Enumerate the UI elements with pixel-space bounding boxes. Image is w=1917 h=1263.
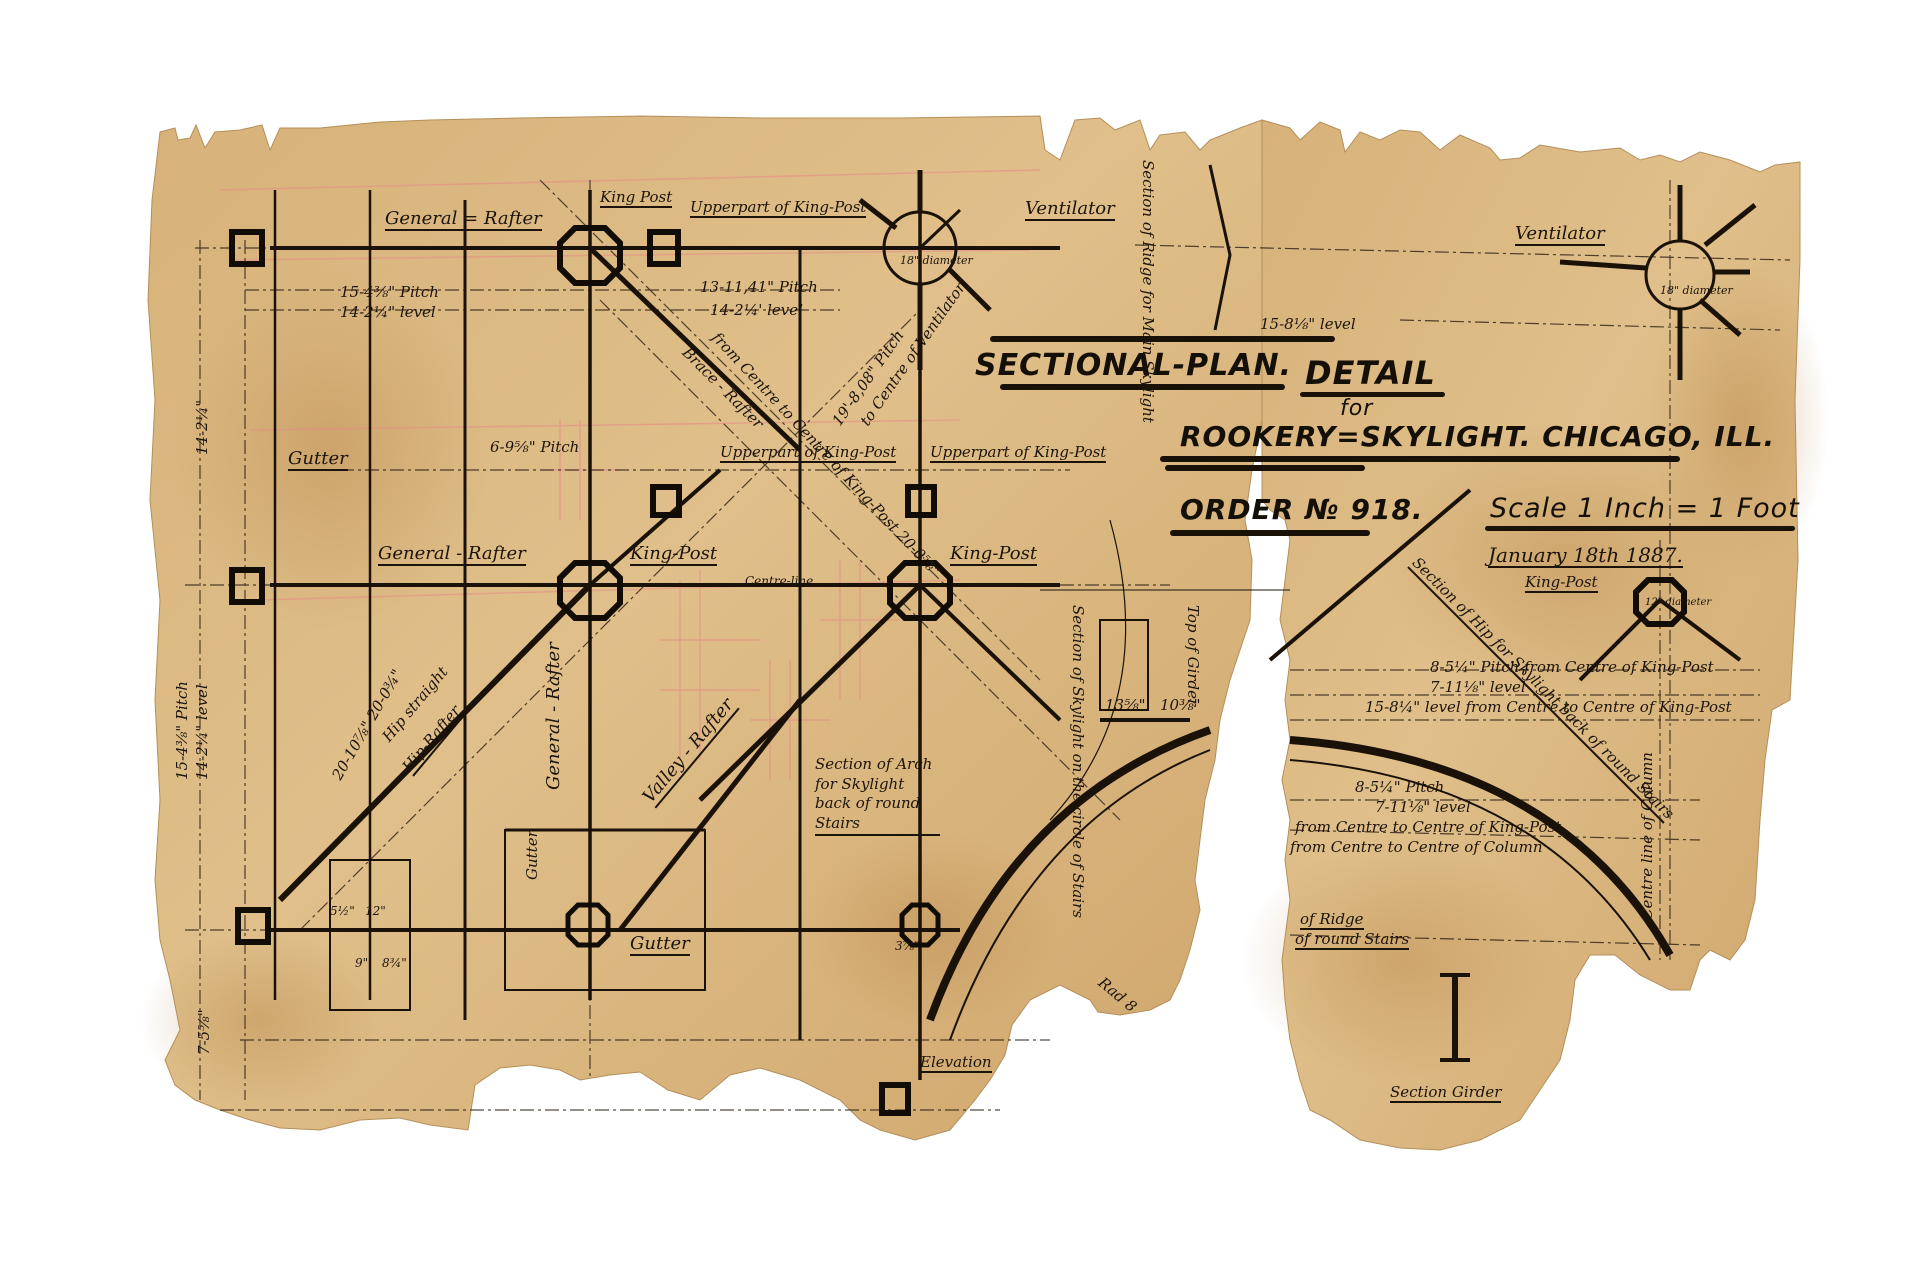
label-gutter-left: Gutter	[288, 450, 348, 471]
label-section-skylight: Section of Skylight on the circle of Sta…	[1070, 605, 1085, 918]
label-king-post-mid-right: King-Post	[950, 545, 1037, 566]
label-ventilator-right: Ventilator	[1515, 225, 1605, 246]
title-rule	[1160, 456, 1680, 462]
label-pitch-8-5: 8-5¼" Pitch from Centre of King-Post	[1430, 660, 1714, 675]
label-ctr-king-post: from Centre to Centre of King-Post	[1295, 820, 1561, 835]
label-dim-9: 9"	[355, 957, 368, 969]
label-elevation: Elevation	[920, 1055, 992, 1073]
label-top-of-girder: Top of Girder	[1185, 605, 1200, 706]
label-section-girder: Section Girder	[1390, 1085, 1501, 1103]
title-rule	[1170, 530, 1370, 536]
title-rule	[1485, 526, 1795, 531]
blueprint-sheet: SECTIONAL-PLAN. DETAIL for ROOKERY=SKYLI…	[0, 0, 1917, 1263]
label-side-left-pitch: 15-4⅜" Pitch	[175, 681, 190, 780]
label-general-rafter-vert: General - Rafter	[545, 642, 563, 790]
label-side-dim-7: 7-5⅝"	[197, 1009, 212, 1055]
label-pitch-2: 13-11,41" Pitch	[700, 280, 818, 295]
label-diameter-left: 18" diameter	[900, 255, 973, 266]
label-section-ridge: Section of Ridge for Main Skylight	[1140, 160, 1155, 423]
label-gutter-bottom: Gutter	[630, 935, 690, 956]
label-king-post-top: King Post	[600, 190, 672, 208]
label-upperpart-top: Upperpart of King-Post	[690, 200, 866, 218]
label-round-stairs: of round Stairs	[1295, 932, 1409, 950]
label-general-rafter-top: General = Rafter	[385, 210, 542, 231]
label-dim-5: 5½"	[330, 905, 355, 917]
title-rule	[990, 336, 1335, 342]
title-sectional-plan: SECTIONAL-PLAN.	[975, 348, 1292, 383]
label-ventilator-left: Ventilator	[1025, 200, 1115, 221]
title-rule	[1165, 465, 1365, 471]
scale-label: Scale 1 Inch = 1 Foot	[1490, 493, 1800, 524]
label-king-post-right: King-Post	[1525, 575, 1598, 593]
label-level-1: 14-2¼" level	[340, 305, 436, 320]
title-detail: DETAIL	[1305, 354, 1436, 392]
date-label: January 18th 1887.	[1488, 545, 1683, 568]
label-pitch-1: 15-4⅜" Pitch	[340, 285, 439, 300]
label-dim-13: 13⅝"	[1105, 698, 1146, 713]
title-for: for	[1340, 396, 1373, 421]
title-project: ROOKERY=SKYLIGHT. CHICAGO, ILL.	[1180, 420, 1775, 453]
label-pitch-6-9: 6-9⅝" Pitch	[490, 440, 579, 455]
label-section-arch: Section of Arch for Skylight back of rou…	[815, 755, 940, 836]
label-level-7-11: 7-11⅛" level	[1430, 680, 1526, 695]
label-diameter-right: 18" diameter	[1660, 285, 1733, 296]
blueprint-drawing	[0, 0, 1917, 1263]
label-level-7-11b: 7-11⅛" level	[1375, 800, 1471, 815]
title-order-number: ORDER № 918.	[1180, 493, 1424, 526]
label-side-dim-14: 14-2¼"	[195, 400, 210, 455]
label-level-2: 14-2¼' level	[710, 303, 803, 318]
label-dim-3-7: 3⅞"	[895, 940, 920, 952]
label-centre-line-column: Centre line of Column	[1640, 752, 1655, 920]
label-ctr-column: from Centre to Centre of Column	[1290, 840, 1543, 855]
label-dim-12: 12"	[365, 905, 386, 917]
label-king-post-mid-left: King-Post	[630, 545, 717, 566]
label-upperpart-mid-right: Upperpart of King-Post	[930, 445, 1106, 463]
label-pitch-8-5b: 8-5¼" Pitch	[1355, 780, 1444, 795]
label-level-15-8: 15-8⅛" level	[1260, 317, 1356, 332]
label-dim-8: 8¾"	[382, 957, 407, 969]
label-diameter-kp-right: 12" diameter	[1645, 598, 1711, 608]
label-of-ridge: of Ridge	[1300, 912, 1364, 930]
label-side-left-level: 14-2¼" level	[195, 684, 210, 780]
label-gutter-vert: Gutter	[525, 830, 540, 880]
label-general-rafter-mid: General - Rafter	[378, 545, 526, 566]
label-centre-line: Centre-line	[745, 575, 813, 587]
